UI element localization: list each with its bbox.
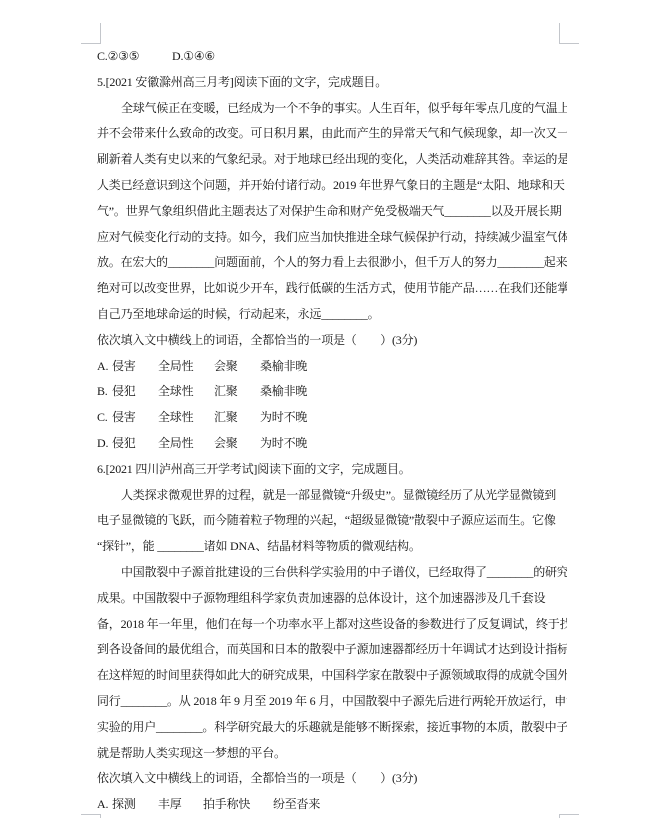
q5-option-d-word-1: 侵犯 (112, 431, 158, 457)
q5-passage-line-2: 并不会带来什么致命的改变。可日积月累，由此而产生的异常天气和气候现象，却一次又一… (97, 121, 567, 147)
q6-option-a-word-1: 探测 (112, 792, 158, 818)
q5-option-c-word-1: 侵害 (112, 405, 158, 431)
q5-option-b: B. 侵犯 全球性 汇聚 桑榆非晚 (97, 379, 567, 405)
q5-option-a-word-1: 侵害 (112, 354, 158, 380)
q5-passage-line-9: 自己乃至地球命运的时候，行动起来，永远________。 (97, 302, 567, 328)
q5-passage-line-8: 绝对可以改变世界，比如说少开车，践行低碳的生活方式，使用节能产品……在我们还能掌… (97, 276, 567, 302)
margin-corner-mark-top-right (559, 23, 579, 44)
prev-question-options-row: C.②③⑤ D.①④⑥ (97, 44, 567, 70)
q5-option-b-label: B. (97, 379, 112, 405)
q5-option-a-word-4: 桑榆非晚 (260, 354, 307, 380)
q5-option-c-label: C. (97, 405, 112, 431)
q5-option-a-word-3: 会聚 (214, 354, 260, 380)
q5-question-stem: 依次填入文中横线上的词语，全都恰当的一项是（ ）(3分) (97, 328, 567, 354)
q6-header: 6.[2021 四川泸州高三开学考试]阅读下面的文字，完成题目。 (97, 457, 567, 483)
q5-header: 5.[2021 安徽滁州高三月考]阅读下面的文字，完成题目。 (97, 70, 567, 96)
q5-option-c-word-3: 汇聚 (214, 405, 260, 431)
q5-option-d-word-2: 全局性 (158, 431, 214, 457)
q5-option-a: A. 侵害 全局性 会聚 桑榆非晚 (97, 354, 567, 380)
q6-passage2-line-4: 到各设备间的最优组合，而英国和日本的散裂中子源加速器都经历十年调试才达到设计指标… (97, 637, 567, 663)
q6-option-a: A. 探测 丰厚 拍手称快 纷至沓来 (97, 792, 567, 818)
q6-passage2-line-6: 同行________。从 2018 年 9 月至 2019 年 6 月，中国散裂… (97, 689, 567, 715)
q6-passage2-line-1: 中国散裂中子源首批建设的三台供科学实验用的中子谱仪，已经取得了________的… (97, 560, 567, 586)
q5-option-d-label: D. (97, 431, 112, 457)
q5-option-a-label: A. (97, 354, 112, 380)
q6-passage1-line-1: 人类探求微观世界的过程，就是一部显微镜“升级史”。显微镜经历了从光学显微镜到 (97, 483, 567, 509)
q5-option-a-word-2: 全局性 (158, 354, 214, 380)
q6-passage2-line-7: 实验的用户________。科学研究最大的乐趣就是能够不断探索，接近事物的本质，… (97, 715, 567, 741)
q6-passage2-line-2: 成果。中国散裂中子源物理组科学家负责加速器的总体设计，这个加速器涉及几千套设 (97, 586, 567, 612)
q5-option-c-word-2: 全球性 (158, 405, 214, 431)
q5-option-c: C. 侵害 全球性 汇聚 为时不晚 (97, 405, 567, 431)
q6-passage2-line-3: 备，2018 年一年里，他们在每一个功率水平上都对这些设备的参数进行了反复调试，… (97, 612, 567, 638)
q6-option-a-word-2: 丰厚 (158, 792, 203, 818)
q5-option-d: D. 侵犯 全局性 会聚 为时不晚 (97, 431, 567, 457)
margin-corner-mark-top-left (81, 23, 101, 44)
page-content: C.②③⑤ D.①④⑥ 5.[2021 安徽滁州高三月考]阅读下面的文字，完成题… (97, 44, 567, 818)
q5-passage-line-6: 应对气候变化行动的支持。如今，我们应当加快推进全球气候保护行动，持续减少温室气体… (97, 225, 567, 251)
q5-option-c-word-4: 为时不晚 (260, 405, 307, 431)
q6-passage2-line-5: 在这样短的时间里获得如此大的研究成果，中国科学家在散裂中子源领域取得的成就令国外 (97, 663, 567, 689)
q5-option-b-word-3: 汇聚 (214, 379, 260, 405)
q5-option-d-word-3: 会聚 (214, 431, 260, 457)
q5-passage-line-5: 气”。世界气象组织借此主题表达了对保护生命和财产免受极端天气________以及… (97, 199, 567, 225)
q5-passage-line-1: 全球气候正在变暖，已经成为一个不争的事实。人生百年，似乎每年零点几度的气温上升， (97, 96, 567, 122)
q5-passage-line-4: 人类已经意识到这个问题，并开始付诸行动。2019 年世界气象日的主题是“太阳、地… (97, 173, 567, 199)
prev-option-d: D.①④⑥ (172, 44, 215, 70)
q5-passage-line-7: 放。在宏大的________问题面前，个人的努力看上去很渺小，但千万人的努力__… (97, 250, 567, 276)
q6-passage1-line-3: “探针”，能 ________诸如 DNA、结晶材料等物质的微观结构。 (97, 534, 567, 560)
q6-passage1-line-2: 电子显微镜的飞跃，而今随着粒子物理的兴起，“超级显微镜”散裂中子源应运而生。它像 (97, 508, 567, 534)
q5-option-b-word-1: 侵犯 (112, 379, 158, 405)
q6-passage2-line-8: 就是帮助人类实现这一梦想的平台。 (97, 741, 567, 767)
q5-passage-line-3: 刷新着人类有史以来的气象纪录。对于地球已经出现的变化，人类活动难辞其咎。幸运的是… (97, 147, 567, 173)
q6-question-stem: 依次填入文中横线上的词语，全都恰当的一项是（ ）(3分) (97, 766, 567, 792)
q5-option-d-word-4: 为时不晚 (260, 431, 307, 457)
q5-option-b-word-4: 桑榆非晚 (260, 379, 307, 405)
q5-option-b-word-2: 全球性 (158, 379, 214, 405)
q6-option-a-label: A. (97, 792, 112, 818)
document-page: C.②③⑤ D.①④⑥ 5.[2021 安徽滁州高三月考]阅读下面的文字，完成题… (0, 0, 653, 818)
q6-option-a-word-4: 纷至沓来 (273, 792, 320, 818)
q6-option-a-word-3: 拍手称快 (203, 792, 273, 818)
prev-option-c: C.②③⑤ (97, 44, 172, 70)
